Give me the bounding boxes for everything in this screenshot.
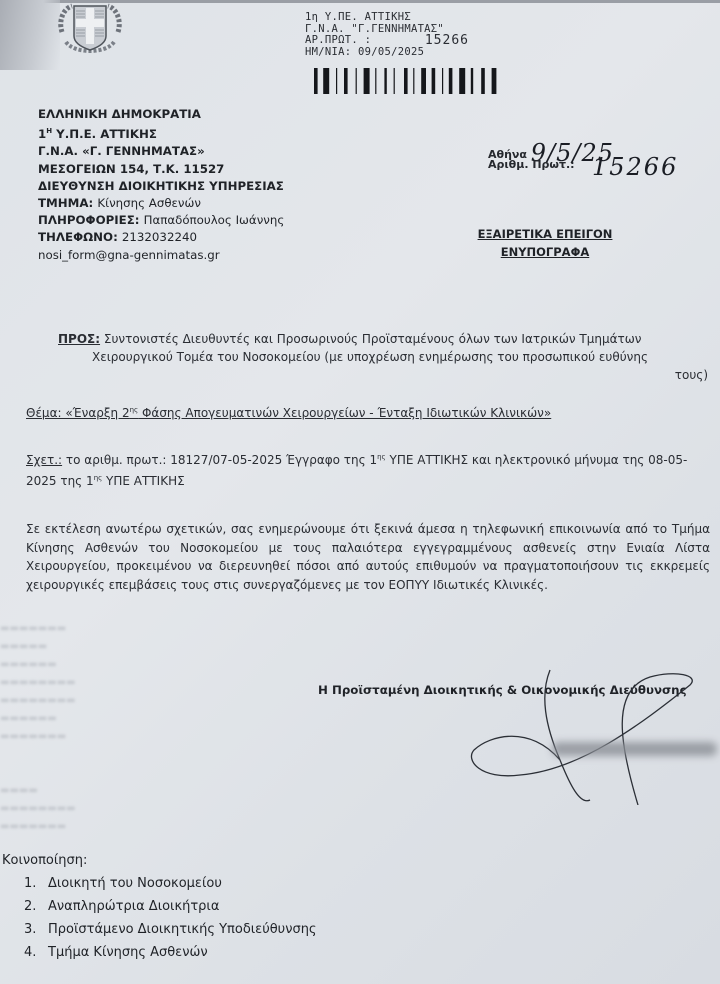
cc-item: 3.Προϊστάμενο Διοικητικής Υποδιεύθυνσης [24,918,317,941]
registry-stamp: 1η Υ.ΠΕ. ΑΤΤΙΚΗΣ Γ.Ν.Α. "Γ.ΓΕΝΝΗΜΑΤΑΣ" Α… [305,12,475,58]
body-paragraph: Σε εκτέλεση ανωτέρω σχετικών, σας ενημερ… [26,520,710,594]
recipient-line2: Χειρουργικού Τομέα του Νοσοκομείου (με υ… [58,348,708,366]
cc-item-number: 1. [24,872,48,895]
cc-item-text: Αναπληρώτρια Διοικήτρια [48,895,219,918]
cc-item-text: Προϊστάμενο Διοικητικής Υποδιεύθυνσης [48,918,317,941]
sender-phone: ΤΗΛΕΦΩΝΟ: 2132032240 [38,229,284,246]
cc-item: 4.Τμήμα Κίνησης Ασθενών [24,941,317,964]
bleed-through-text: ▬▬▬▬▬▬▬▬▬▬▬▬▬▬▬▬▬▬▬▬▬▬▬▬▬▬▬▬▬▬▬▬▬▬▬▬▬▬▬▬… [0,620,150,836]
sender-hospital: Γ.Ν.Α. «Γ. ΓΕΝΝΗΜΑΤΑΣ» [38,143,284,160]
recipient-label: ΠΡΟΣ: [58,332,100,346]
recipient-line3: τους) [58,366,708,384]
barcode-icon [312,66,502,96]
recipient-block: ΠΡΟΣ: Συντονιστές Διευθυντές και Προσωρι… [58,330,708,384]
page-shadow [0,0,60,70]
urgency-line1: ΕΞΑΙΡΕΤΙΚΑ ΕΠΕΙΓΟΝ [478,227,613,241]
cc-item-number: 3. [24,918,48,941]
sender-info: ΠΛΗΡΟΦΟΡΙΕΣ: Παπαδόπουλος Ιωάννης [38,212,284,229]
sender-address: ΜΕΣΟΓΕΙΩΝ 154, Τ.Κ. 11527 [38,161,284,178]
cc-item-text: Τμήμα Κίνησης Ασθενών [48,941,208,964]
stamp-prot-number: 15266 [425,35,469,47]
stamp-line-region: 1η Υ.ΠΕ. ΑΤΤΙΚΗΣ [305,12,475,24]
sender-email[interactable]: nosi_form@gna-gennimatas.gr [38,247,284,264]
sender-region: 1Η Υ.Π.Ε. ΑΤΤΙΚΗΣ [38,123,284,143]
protocol-number: Αριθμ. Πρωτ.: 15266 [488,158,575,171]
cc-item-text: Διοικητή του Νοσοκομείου [48,872,222,895]
sender-country: ΕΛΛΗΝΙΚΗ ΔΗΜΟΚΡΑΤΙΑ [38,106,284,123]
stamp-date: ΗΜ/ΝΙΑ: 09/05/2025 [305,47,475,59]
redacted-signatory-name [552,742,717,756]
cc-list: 1.Διοικητή του Νοσοκομείου2.Αναπληρώτρια… [24,872,317,964]
cc-item-number: 2. [24,895,48,918]
subject-line: Θέμα: «Έναρξη 2ης Φάσης Απογευματινών Χε… [26,406,716,420]
handwritten-signature-icon [460,665,720,805]
cc-item: 2.Αναπληρώτρια Διοικήτρια [24,895,317,918]
sender-department: ΤΜΗΜΑ: Κίνησης Ασθενών [38,195,284,212]
urgency-line2: ΕΝΥΠΟΓΡΑΦΑ [501,245,590,259]
reference-label: Σχετ.: [26,453,62,467]
greek-coat-of-arms-icon [52,2,128,58]
cc-item: 1.Διοικητή του Νοσοκομείου [24,872,317,895]
reference-block: Σχετ.: το αριθμ. πρωτ.: 18127/07-05-2025… [26,448,716,490]
recipient-line1: Συντονιστές Διευθυντές και Προσωρινούς Π… [100,332,641,346]
sender-directorate: ΔΙΕΥΘΥΝΣΗ ΔΙΟΙΚΗΤΙΚΗΣ ΥΠΗΡΕΣΙΑΣ [38,178,284,195]
protocol-label: Αριθμ. Πρωτ.: [488,158,575,171]
urgency-note: ΕΞΑΙΡΕΤΙΚΑ ΕΠΕΙΓΟΝ ΕΝΥΠΟΓΡΑΦΑ [470,225,620,261]
cc-title: Κοινοποίηση: [2,853,87,868]
stamp-prot-row: ΑΡ.ΠΡΩΤ. : 15266 [305,35,475,47]
stamp-prot-label: ΑΡ.ΠΡΩΤ. : [305,35,371,47]
handwritten-protocol: 15266 [592,153,678,181]
sender-header: ΕΛΛΗΝΙΚΗ ΔΗΜΟΚΡΑΤΙΑ 1Η Υ.Π.Ε. ΑΤΤΙΚΗΣ Γ.… [38,106,284,264]
cc-item-number: 4. [24,941,48,964]
